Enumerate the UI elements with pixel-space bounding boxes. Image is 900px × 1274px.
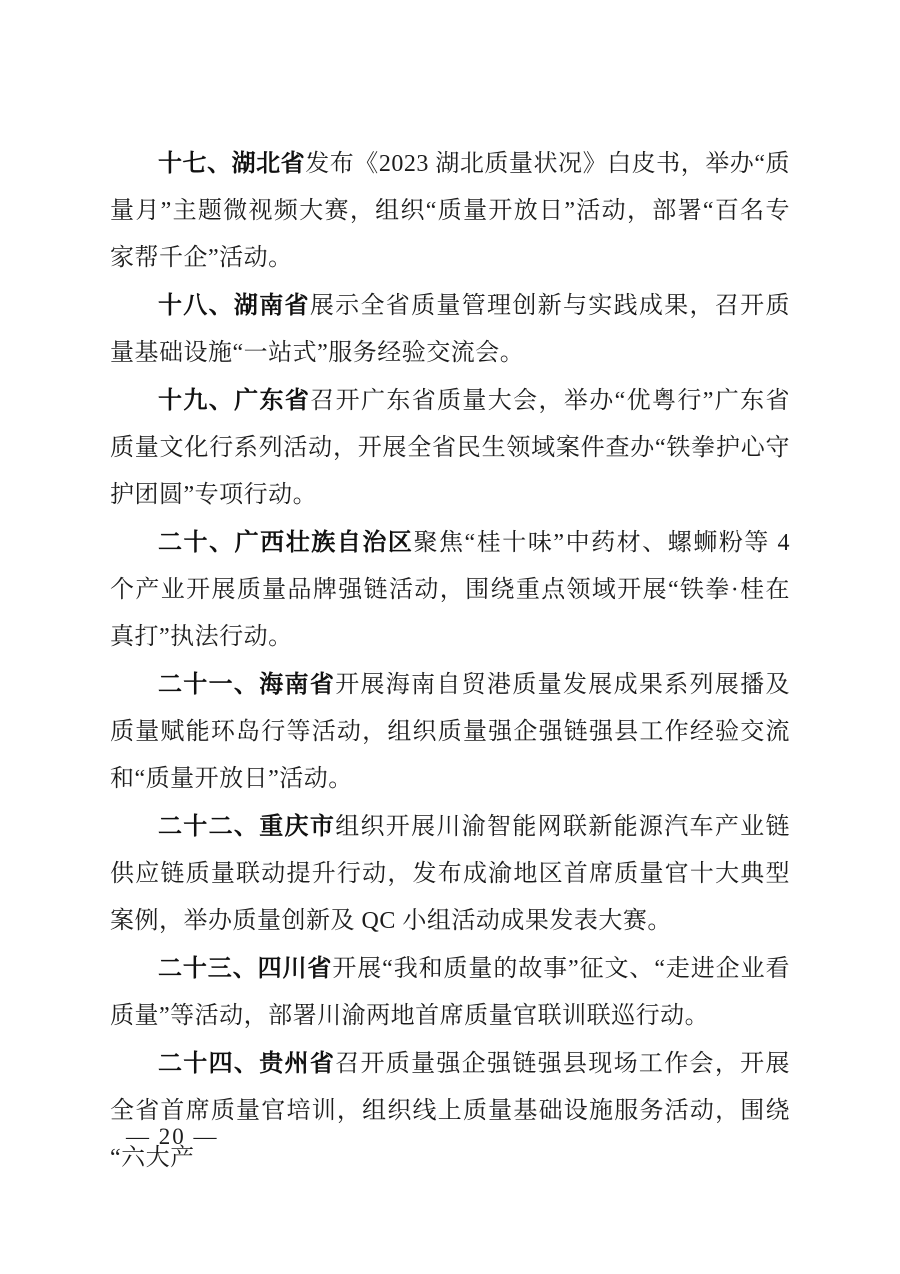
paragraph-lead: 二十四、贵州省 xyxy=(158,1050,335,1077)
paragraph-lead: 二十一、海南省 xyxy=(158,671,335,698)
paragraph-lead: 十八、湖南省 xyxy=(158,292,310,319)
paragraph: 二十三、四川省开展“我和质量的故事”征文、“走进企业看质量”等活动，部署川渝两地… xyxy=(110,945,790,1040)
paragraph: 十七、湖北省发布《2023 湖北质量状况》白皮书，举办“质量月”主题微视频大赛，… xyxy=(110,140,790,282)
document-page: 十七、湖北省发布《2023 湖北质量状况》白皮书，举办“质量月”主题微视频大赛，… xyxy=(0,0,900,1274)
paragraph: 二十一、海南省开展海南自贸港质量发展成果系列展播及质量赋能环岛行等活动，组织质量… xyxy=(110,661,790,803)
paragraph: 十九、广东省召开广东省质量大会，举办“优粤行”广东省质量文化行系列活动，开展全省… xyxy=(110,377,790,519)
paragraph-lead: 二十三、四川省 xyxy=(158,955,332,982)
paragraph: 二十、广西壮族自治区聚焦“桂十味”中药材、螺蛳粉等 4 个产业开展质量品牌强链活… xyxy=(110,519,790,661)
paragraph-lead: 二十二、重庆市 xyxy=(158,813,335,840)
document-body: 十七、湖北省发布《2023 湖北质量状况》白皮书，举办“质量月”主题微视频大赛，… xyxy=(110,140,790,1182)
paragraph: 十八、湖南省展示全省质量管理创新与实践成果，召开质量基础设施“一站式”服务经验交… xyxy=(110,282,790,377)
paragraph-lead: 十九、广东省 xyxy=(158,387,310,414)
paragraph-lead: 二十、广西壮族自治区 xyxy=(158,529,413,556)
paragraph: 二十二、重庆市组织开展川渝智能网联新能源汽车产业链供应链质量联动提升行动，发布成… xyxy=(110,803,790,945)
paragraph-lead: 十七、湖北省 xyxy=(158,150,305,177)
page-number: — 20 — xyxy=(126,1122,219,1152)
paragraph: 二十四、贵州省召开质量强企强链强县现场工作会，开展全省首席质量官培训，组织线上质… xyxy=(110,1040,790,1182)
